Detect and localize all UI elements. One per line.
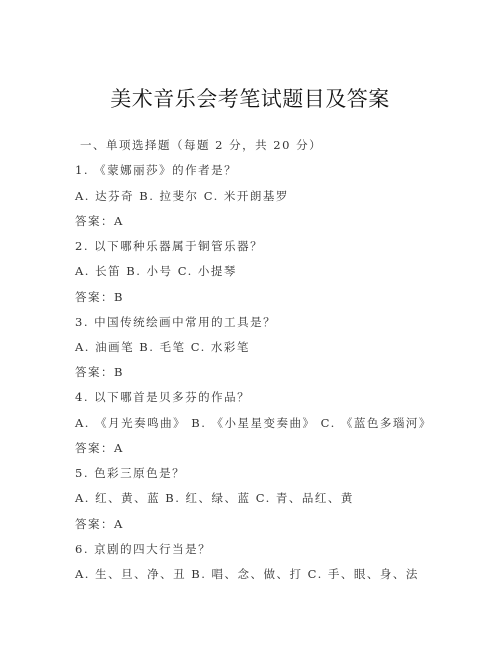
question-3-options: A. 油画笔 B. 毛笔 C. 水彩笔 (75, 339, 250, 355)
question-3-answer: 答案：B (75, 364, 124, 380)
question-5-answer: 答案：A (75, 516, 124, 532)
question-2-options: A. 长笛 B. 小号 C. 小提琴 (75, 263, 237, 279)
question-5-options: A. 红、黄、蓝 B. 红、绿、蓝 C. 青、品红、黄 (75, 490, 354, 506)
question-2: 2. 以下哪种乐器属于铜管乐器？ (75, 238, 263, 254)
question-4-options: A. 《月光奏鸣曲》 B. 《小星星变奏曲》 C. 《蓝色多瑙河》 (75, 415, 432, 431)
question-4-answer: 答案：A (75, 440, 124, 456)
question-4: 4. 以下哪首是贝多芬的作品？ (75, 389, 250, 405)
question-6-options: A. 生、旦、净、丑 B. 唱、念、做、打 C. 手、眼、身、法 (75, 566, 419, 582)
question-5: 5. 色彩三原色是？ (75, 465, 185, 481)
section-heading: 一、单项选择题（每题 2 分，共 20 分） (80, 137, 322, 153)
question-1: 1. 《蒙娜丽莎》的作者是？ (75, 162, 237, 178)
question-3: 3. 中国传统绘画中常用的工具是？ (75, 314, 276, 330)
question-2-answer: 答案：B (75, 289, 124, 305)
document-title: 美术音乐会考笔试题目及答案 (0, 83, 500, 113)
question-1-answer: 答案：A (75, 213, 124, 229)
question-6: 6. 京剧的四大行当是？ (75, 541, 211, 557)
question-1-options: A. 达芬奇 B. 拉斐尔 C. 米开朗基罗 (75, 188, 289, 204)
